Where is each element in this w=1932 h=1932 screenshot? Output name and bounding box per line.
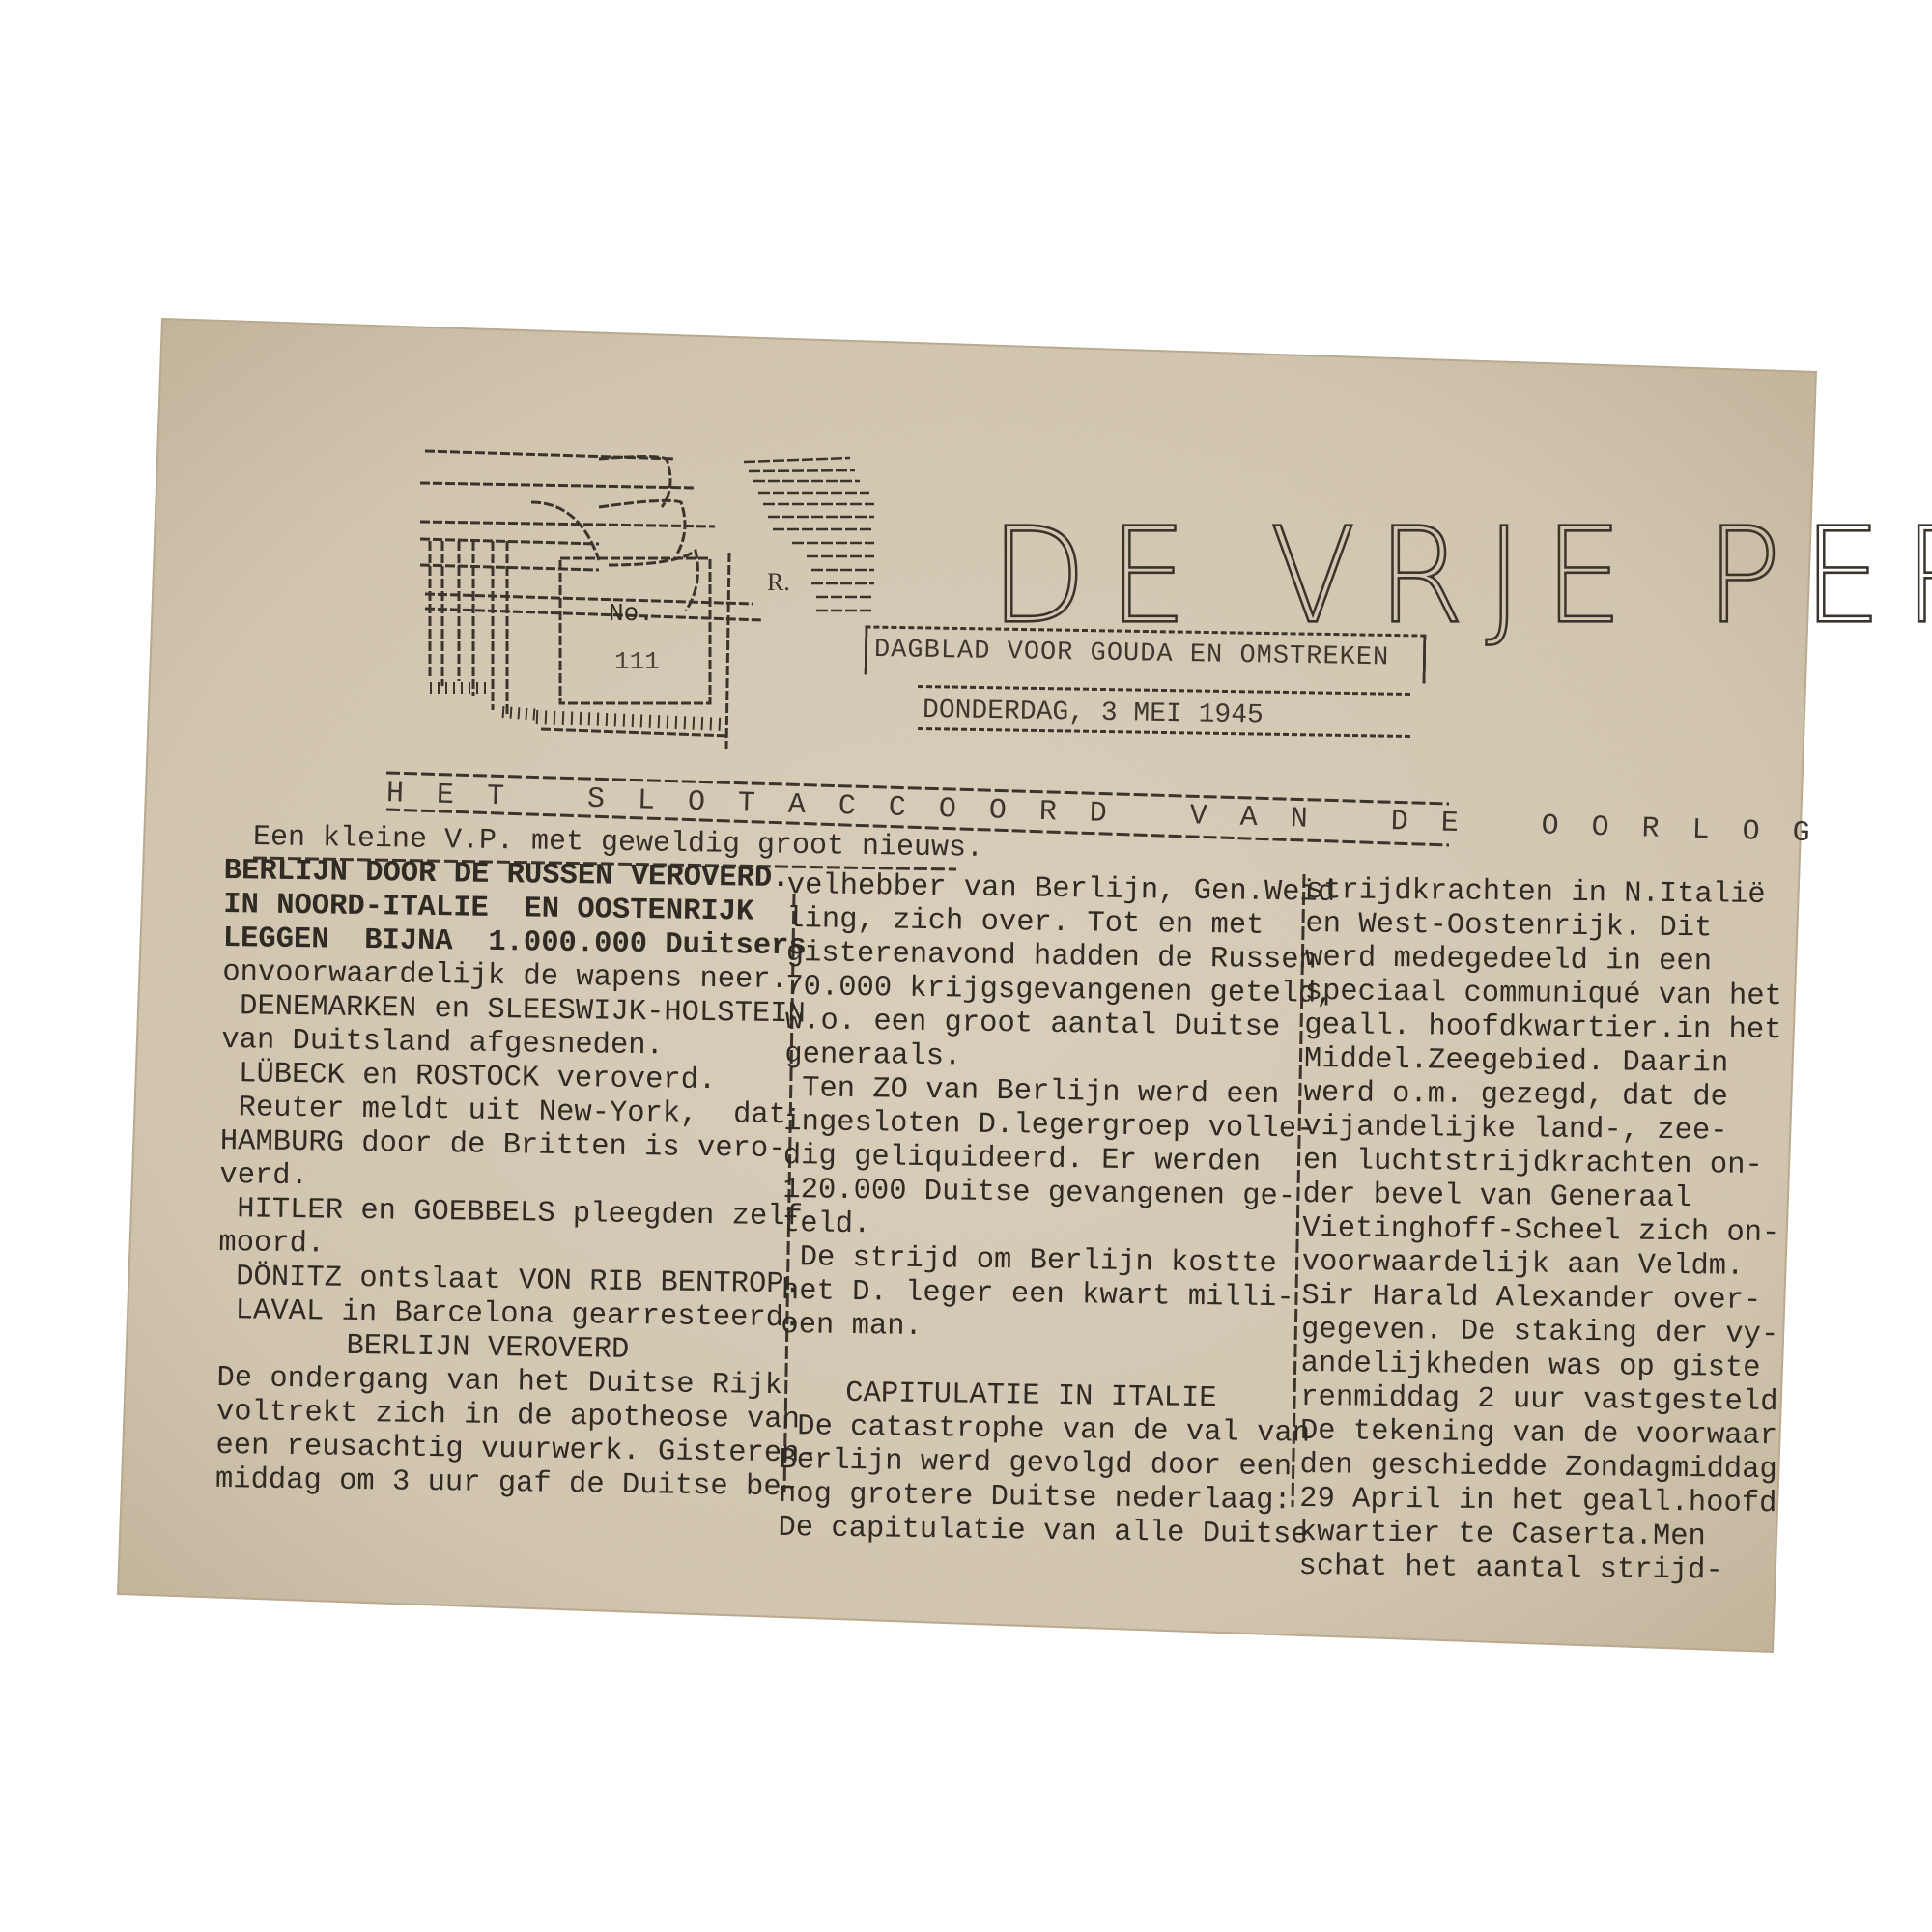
text-line: werd o.m. gezegd, dat de <box>1303 1077 1805 1116</box>
issue-date: DONDERDAG, 3 MEI 1945 <box>923 696 1264 731</box>
text-line: der bevel van Generaal <box>1302 1179 1804 1217</box>
text-line: kwartier te Caserta.Men <box>1299 1517 1802 1555</box>
text-line: schat het aantal strijd- <box>1298 1550 1801 1589</box>
article-column-1: BERLIJN DOOR DE RUSSEN VEROVERD.IN NOORD… <box>215 855 765 1505</box>
text-line: Middel.Zeegebied. Daarin <box>1304 1043 1806 1082</box>
text-line: Vietinghoff-Scheel zich on- <box>1302 1212 1804 1251</box>
issue-number: 111 <box>614 647 660 676</box>
text-line: oen man. <box>781 1309 1283 1350</box>
text-line: Sir Harald Alexander over- <box>1301 1280 1804 1319</box>
text-line: geall. hoofdkwartier.in het <box>1304 1009 1806 1048</box>
text-line: strijdkrachten in N.Italië <box>1306 874 1808 913</box>
text-line: speciaal communiqué van het <box>1305 976 1807 1014</box>
text-line: gegeven. De staking der vy- <box>1301 1314 1804 1352</box>
text-line: De capitulatie van alle Duitse <box>778 1512 1280 1552</box>
text-line: 29 April in het geall.hoofd <box>1299 1483 1802 1521</box>
issue-label: No. <box>609 599 654 628</box>
text-line: vijandelijke land-, zee- <box>1303 1111 1805 1150</box>
text-line: voorwaardelijk aan Veldm. <box>1302 1246 1804 1285</box>
newspaper-page: DE VRJE PERS No. 111 R. DAGBLAD VOOR GOU… <box>0 0 1932 1932</box>
text-line: en luchtstrijdkrachten on- <box>1303 1145 1805 1183</box>
text-line: andelijkheden was op giste <box>1301 1348 1804 1386</box>
text-line: renmiddag 2 uur vastgesteld <box>1300 1381 1803 1420</box>
text-line: De tekening van de voorwaar <box>1300 1415 1803 1454</box>
article-column-2: velhebber van Berlijn, Gen.Weidling, zic… <box>778 869 1290 1552</box>
text-line: en West-Oostenrijk. Dit <box>1305 908 1807 947</box>
article-column-3: strijdkrachten in N.Italiëen West-Oosten… <box>1298 874 1808 1589</box>
text-line: werd medegedeeld in een <box>1305 942 1807 980</box>
text-line: den geschiedde Zondagmiddag <box>1299 1449 1802 1488</box>
r-mark: R. <box>767 568 790 597</box>
